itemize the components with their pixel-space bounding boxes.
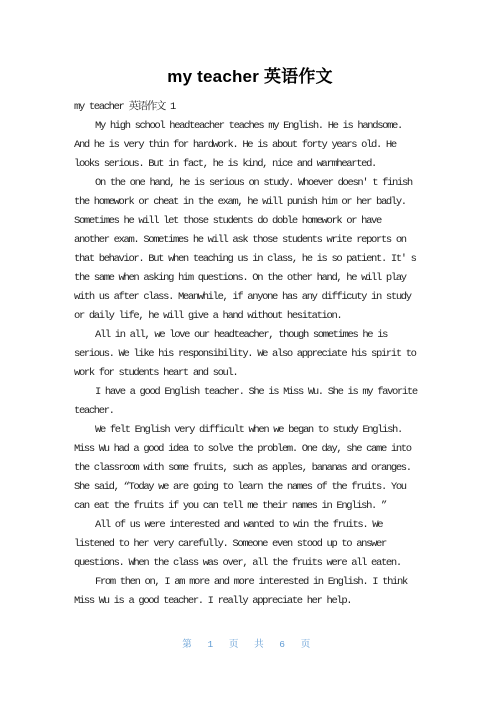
paragraph-headteacher-strict-and-kind: On the one hand, he is serious on study.…	[74, 174, 426, 326]
page-footer: 第 1 页 共 6 页	[0, 634, 496, 652]
document-page: my teacher 英语作文 my teacher 英语作文 1 My hig…	[0, 0, 496, 702]
document-body: my teacher 英语作文 1 My high school headtea…	[74, 98, 426, 611]
paragraph-miss-wu-intro: I have a good English teacher. She is Mi…	[74, 383, 426, 421]
paragraph-miss-wu-conclusion: From then on, I am more and more interes…	[74, 573, 426, 611]
document-title: my teacher 英语作文	[74, 65, 426, 89]
paragraph-headteacher-intro: My high school headteacher teaches my En…	[74, 117, 426, 174]
page-number-text: 第 1 页 共 6 页	[182, 639, 313, 650]
paragraph-class-reaction: All of us were interested and wanted to …	[74, 516, 426, 573]
paragraph-miss-wu-fruits-lesson: We felt English very difficult when we b…	[74, 421, 426, 516]
essay-section-heading: my teacher 英语作文 1	[74, 98, 426, 117]
paragraph-headteacher-conclusion: All in all, we love our headteacher, tho…	[74, 326, 426, 383]
